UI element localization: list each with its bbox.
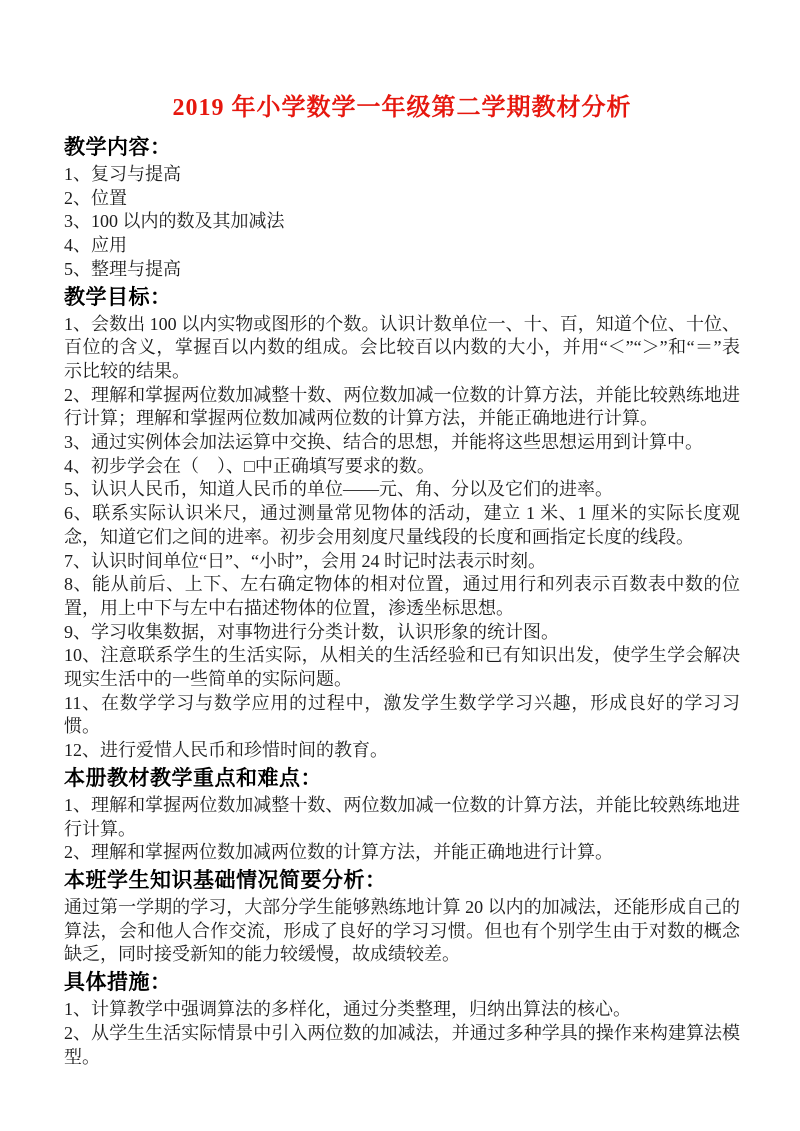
section-1: 教学内容：1、复习与提高2、位置3、100 以内的数及其加减法4、应用5、整理与… [64,132,740,282]
section-1-paragraph-5: 5、整理与提高 [64,258,740,282]
section-5-heading: 具体措施： [64,967,740,998]
document-title: 2019 年小学数学一年级第二学期教材分析 [64,92,740,125]
section-1-paragraph-3: 3、100 以内的数及其加减法 [64,210,740,234]
section-3-heading: 本册教材教学重点和难点： [64,763,740,794]
section-3: 本册教材教学重点和难点：1、理解和掌握两位数加减整十数、两位数加减一位数的计算方… [64,763,740,865]
section-2-paragraph-1: 1、会数出 100 以内实物或图形的个数。认识计数单位一、十、百，知道个位、十位… [64,313,740,384]
section-1-paragraph-1: 1、复习与提高 [64,163,740,187]
section-2-paragraph-6: 6、联系实际认识米尺，通过测量常见物体的活动，建立 1 米、1 厘米的实际长度观… [64,502,740,549]
section-4-paragraph-1: 通过第一学期的学习，大部分学生能够熟练地计算 20 以内的加减法，还能形成自己的… [64,896,740,967]
document-page: 2019 年小学数学一年级第二学期教材分析 教学内容：1、复习与提高2、位置3、… [0,0,800,1131]
document-body: 教学内容：1、复习与提高2、位置3、100 以内的数及其加减法4、应用5、整理与… [64,132,740,1069]
section-3-paragraph-1: 1、理解和掌握两位数加减整十数、两位数加减一位数的计算方法，并能比较熟练地进行计… [64,794,740,841]
section-2: 教学目标：1、会数出 100 以内实物或图形的个数。认识计数单位一、十、百，知道… [64,282,740,763]
section-2-paragraph-5: 5、认识人民币，知道人民币的单位——元、角、分以及它们的进率。 [64,478,740,502]
section-2-paragraph-4: 4、初步学会在（ ）、□中正确填写要求的数。 [64,455,740,479]
section-1-paragraph-2: 2、位置 [64,187,740,211]
section-2-heading: 教学目标： [64,282,740,313]
section-2-paragraph-3: 3、通过实例体会加法运算中交换、结合的思想，并能将这些思想运用到计算中。 [64,431,740,455]
section-1-heading: 教学内容： [64,132,740,163]
section-2-paragraph-12: 12、进行爱惜人民币和珍惜时间的教育。 [64,739,740,763]
section-3-paragraph-2: 2、理解和掌握两位数加减两位数的计算方法，并能正确地进行计算。 [64,841,740,865]
section-1-paragraph-4: 4、应用 [64,234,740,258]
section-2-paragraph-9: 9、学习收集数据，对事物进行分类计数，认识形象的统计图。 [64,621,740,645]
section-2-paragraph-2: 2、理解和掌握两位数加减整十数、两位数加减一位数的计算方法，并能比较熟练地进行计… [64,384,740,431]
section-4-heading: 本班学生知识基础情况简要分析： [64,865,740,896]
section-5-paragraph-1: 1、计算教学中强调算法的多样化，通过分类整理，归纳出算法的核心。 [64,998,740,1022]
section-4: 本班学生知识基础情况简要分析：通过第一学期的学习，大部分学生能够熟练地计算 20… [64,865,740,967]
section-5-paragraph-2: 2、从学生生活实际情景中引入两位数的加减法，并通过多种学具的操作来构建算法模型。 [64,1022,740,1069]
section-2-paragraph-7: 7、认识时间单位“日”、“小时”，会用 24 时记时法表示时刻。 [64,550,740,574]
section-2-paragraph-10: 10、注意联系学生的生活实际，从相关的生活经验和已有知识出发，使学生学会解决现实… [64,644,740,691]
section-5: 具体措施：1、计算教学中强调算法的多样化，通过分类整理，归纳出算法的核心。2、从… [64,967,740,1069]
section-2-paragraph-8: 8、能从前后、上下、左右确定物体的相对位置，通过用行和列表示百数表中数的位置，用… [64,573,740,620]
section-2-paragraph-11: 11、在数学学习与数学应用的过程中，激发学生数学学习兴趣，形成良好的学习习惯。 [64,692,740,739]
